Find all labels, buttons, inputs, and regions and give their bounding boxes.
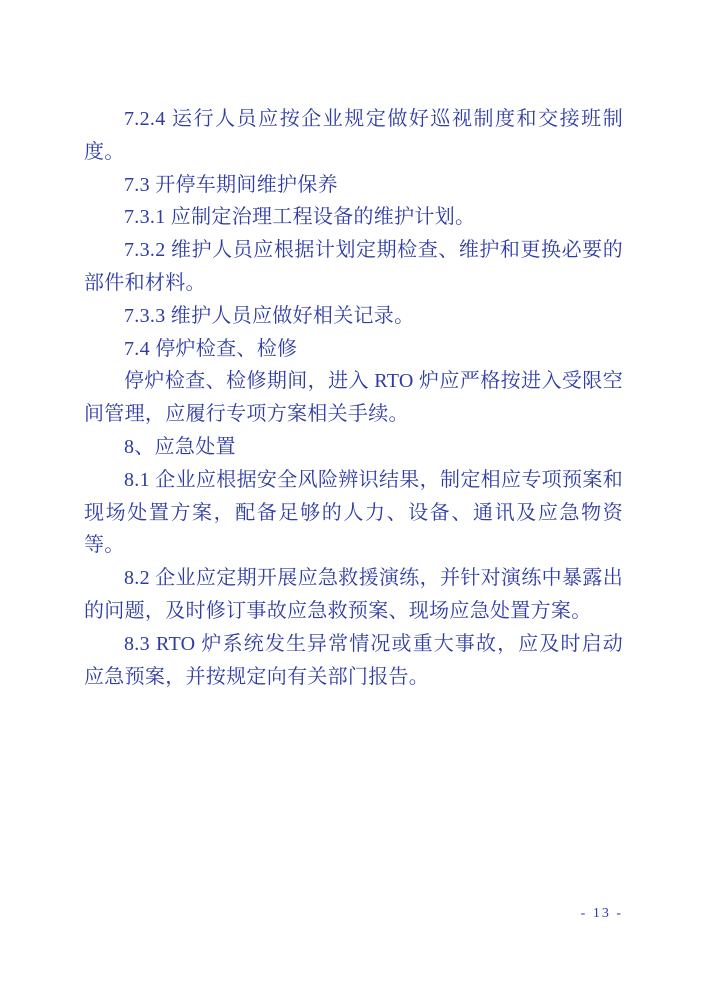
paragraph: 7.2.4 运行人员应按企业规定做好巡视制度和交接班制度。 [84, 103, 623, 169]
paragraph: 停炉检查、检修期间，进入 RTO 炉应严格按进入受限空间管理，应履行专项方案相关… [84, 365, 623, 431]
paragraph: 7.3.1 应制定治理工程设备的维护计划。 [84, 201, 623, 234]
paragraph: 8.3 RTO 炉系统发生异常情况或重大事故，应及时启动应急预案，并按规定向有关… [84, 628, 623, 694]
section-heading: 8、应急处置 [84, 431, 623, 464]
paragraph: 7.3.2 维护人员应根据计划定期检查、维护和更换必要的部件和材料。 [84, 234, 623, 300]
section-heading: 7.3 开停车期间维护保养 [84, 169, 623, 202]
paragraph: 8.2 企业应定期开展应急救援演练，并针对演练中暴露出的问题，及时修订事故应急救… [84, 562, 623, 628]
paragraph: 7.3.3 维护人员应做好相关记录。 [84, 300, 623, 333]
document-page: 7.2.4 运行人员应按企业规定做好巡视制度和交接班制度。 7.3 开停车期间维… [0, 0, 707, 1000]
page-number: - 13 - [581, 906, 623, 922]
section-heading: 7.4 停炉检查、检修 [84, 333, 623, 366]
paragraph: 8.1 企业应根据安全风险辨识结果，制定相应专项预案和现场处置方案，配备足够的人… [84, 464, 623, 562]
document-body: 7.2.4 运行人员应按企业规定做好巡视制度和交接班制度。 7.3 开停车期间维… [84, 103, 623, 693]
